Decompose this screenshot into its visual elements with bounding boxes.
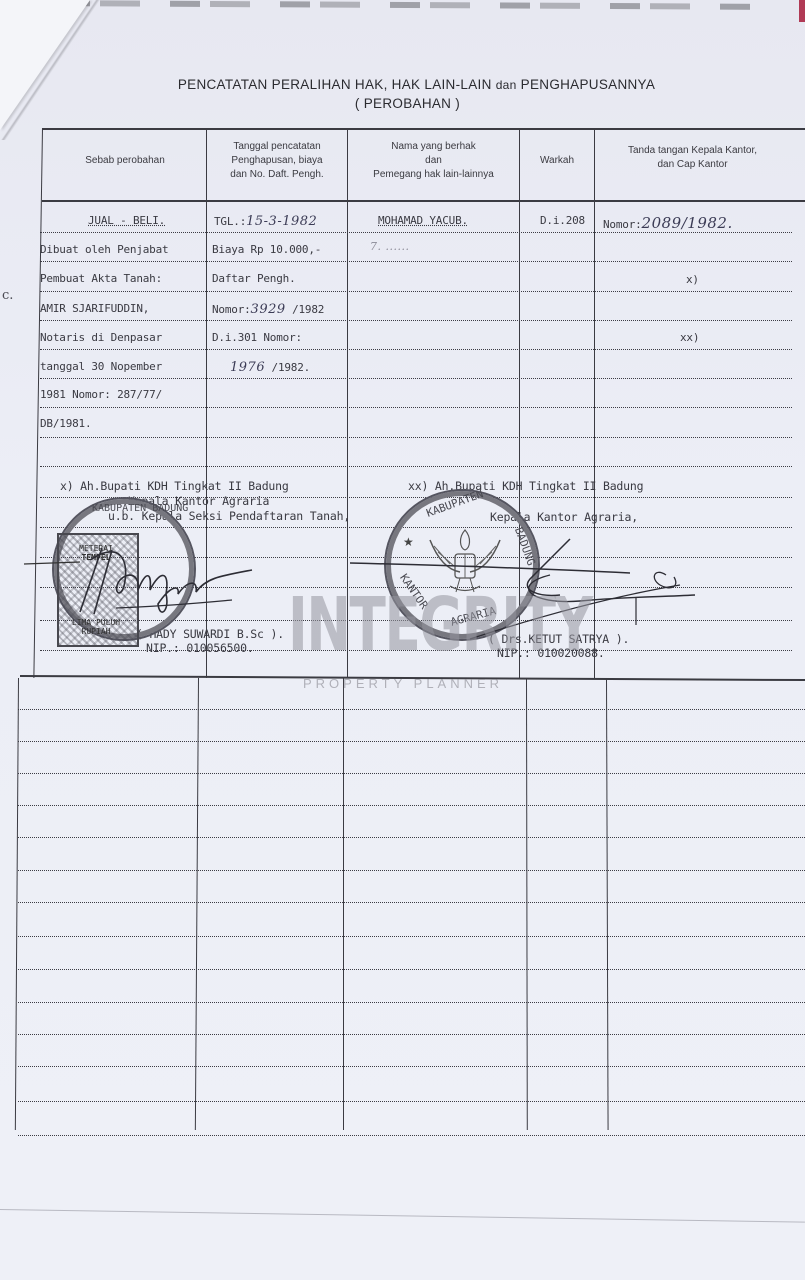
page-edge: [799, 0, 805, 22]
margin-note: c.: [2, 288, 13, 303]
watermark-tagline: PROPERTY PLANNER: [303, 676, 503, 691]
paper-edge: [0, 1209, 805, 1223]
stamp-left-label: KABUPATEN BADUNG: [92, 503, 188, 514]
header-tanda-tangan: Tanda tangan Kepala Kantor,dan Cap Kanto…: [595, 144, 790, 172]
warkah-cell: D.i.208: [540, 214, 585, 227]
header-nama-yang-berhak: Nama yang berhakdanPemegang hak lain-lai…: [348, 140, 519, 182]
document-title: PENCATATAN PERALIHAN HAK, HAK LAIN-LAIN …: [0, 77, 805, 92]
header-sebab-perobahan: Sebab perobahan: [44, 154, 206, 168]
signature-left: [20, 530, 280, 630]
fold-crease: [0, 0, 100, 140]
header-tanggal-pencatatan: Tanggal pencatatanPenghapusan, biayadan …: [207, 140, 347, 182]
scan-smudge: [60, 0, 760, 10]
document-subtitle: ( PEROBAHAN ): [0, 96, 805, 111]
document-page: PENCATATAN PERALIHAN HAK, HAK LAIN-LAIN …: [0, 0, 805, 1280]
header-warkah: Warkah: [520, 154, 594, 168]
watermark-logo: INTEGRITY: [288, 588, 592, 662]
